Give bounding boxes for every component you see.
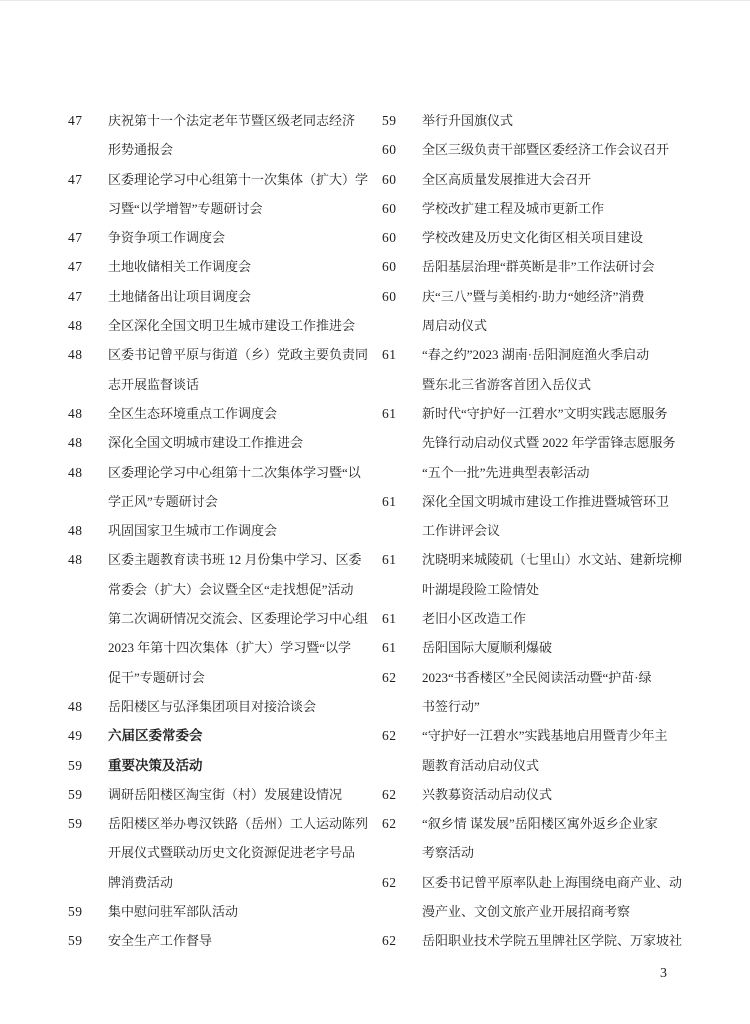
toc-line: 48深化全国文明城市建设工作推进会: [68, 428, 380, 457]
toc-page-number: 49: [68, 721, 108, 750]
toc-entry-title: 全区高质量发展推进大会召开: [422, 172, 591, 187]
toc-line: 60全区三级负责干部暨区委经济工作会议召开: [382, 135, 694, 164]
toc-line: 47区委理论学习中心组第十一次集体（扩大）学: [68, 165, 380, 194]
toc-entry-title: 区委理论学习中心组第十二次集体学习暨“以: [108, 465, 361, 480]
toc-line: 工作讲评会议: [382, 516, 694, 545]
toc-line: 60学校改建及历史文化街区相关项目建设: [382, 223, 694, 252]
toc-page-number: 48: [68, 311, 108, 340]
toc-entry-title: 先锋行动启动仪式暨 2022 年学雷锋志愿服务: [422, 435, 676, 450]
toc-line: 59岳阳楼区举办粤汉铁路（岳州）工人运动陈列: [68, 809, 380, 838]
toc-line: 48区委书记曾平原与街道（乡）党政主要负责同: [68, 340, 380, 369]
toc-entry-title: 六届区委常委会: [108, 728, 203, 743]
toc-entry-title: 沈晓明来城陵矶（七里山）水文站、建新垸柳: [422, 552, 682, 567]
toc-entry-title: 学校改扩建工程及城市更新工作: [422, 201, 604, 216]
toc-page-number: 48: [68, 428, 108, 457]
toc-entry-title: 深化全国文明城市建设工作推进会: [108, 435, 303, 450]
toc-page-number: 48: [68, 516, 108, 545]
toc-page-number: 48: [68, 399, 108, 428]
toc-line: 周启动仪式: [382, 311, 694, 340]
toc-line: 促干”专题研讨会: [68, 663, 380, 692]
toc-line: 622023“书香楼区”全民阅读活动暨“护苗·绿: [382, 663, 694, 692]
toc-entry-title: 叶湖堤段险工险情处: [422, 582, 539, 597]
toc-line: “五个一批”先进典型表彰活动: [382, 458, 694, 487]
toc-entry-title: 志开展监督谈话: [108, 377, 199, 392]
toc-entry-title: 岳阳国际大厦顺利爆破: [422, 640, 552, 655]
toc-line: 61岳阳国际大厦顺利爆破: [382, 633, 694, 662]
footer-page-number: 3: [660, 962, 667, 986]
toc-entry-title: 题教育活动启动仪式: [422, 758, 539, 773]
toc-entry-title: 调研岳阳楼区淘宝街（村）发展建设情况: [108, 787, 342, 802]
toc-line: 2023 年第十四次集体（扩大）学习暨“以学: [68, 633, 380, 662]
toc-entry-title: 岳阳楼区与弘泽集团项目对接洽谈会: [108, 699, 316, 714]
toc-line: 60学校改扩建工程及城市更新工作: [382, 194, 694, 223]
toc-line: 48巩固国家卫生城市工作调度会: [68, 516, 380, 545]
toc-entry-title: 安全生产工作督导: [108, 933, 212, 948]
toc-page-number: 48: [68, 340, 108, 369]
toc-page-number: 60: [382, 252, 422, 281]
toc-page-number: 47: [68, 252, 108, 281]
toc-page-number: 48: [68, 692, 108, 721]
toc-entry-title: “守护好一江碧水”实践基地启用暨青少年主: [422, 728, 668, 743]
toc-page-number: 60: [382, 135, 422, 164]
toc-entry-title: 集中慰问驻军部队活动: [108, 904, 238, 919]
toc-line: 48岳阳楼区与弘泽集团项目对接洽谈会: [68, 692, 380, 721]
toc-line: 62“守护好一江碧水”实践基地启用暨青少年主: [382, 721, 694, 750]
toc-line: 第二次调研情况交流会、区委理论学习中心组: [68, 604, 380, 633]
toc-line: 叶湖堤段险工险情处: [382, 575, 694, 604]
toc-page-number: 62: [382, 663, 422, 692]
toc-column-right: 59举行升国旗仪式60全区三级负责干部暨区委经济工作会议召开60全区高质量发展推…: [382, 106, 694, 956]
toc-line: 48全区深化全国文明卫生城市建设工作推进会: [68, 311, 380, 340]
toc-page-number: 61: [382, 545, 422, 574]
toc-page-number: 60: [382, 165, 422, 194]
toc-page-number: 62: [382, 809, 422, 838]
toc-entry-title: 巩固国家卫生城市工作调度会: [108, 523, 277, 538]
toc-entry-title: 土地收储相关工作调度会: [108, 259, 251, 274]
toc-line: 62“叙乡情 谋发展”岳阳楼区寓外返乡企业家: [382, 809, 694, 838]
toc-line: 48全区生态环境重点工作调度会: [68, 399, 380, 428]
toc-line: 62岳阳职业技术学院五里牌社区学院、万家坡社: [382, 926, 694, 955]
toc-page-number: 60: [382, 282, 422, 311]
toc-entry-title: 第二次调研情况交流会、区委理论学习中心组: [108, 611, 368, 626]
toc-line: 61“春之约”2023 湖南·岳阳洞庭渔火季启动: [382, 340, 694, 369]
toc-page-number: 62: [382, 926, 422, 955]
toc-page-number: 59: [68, 926, 108, 955]
toc-page-number: 61: [382, 633, 422, 662]
toc-page-number: 61: [382, 604, 422, 633]
toc-entry-title: 开展仪式暨联动历史文化资源促进老字号品: [108, 845, 355, 860]
toc-line: 考察活动: [382, 838, 694, 867]
toc-entry-title: 学校改建及历史文化街区相关项目建设: [422, 230, 643, 245]
toc-entry-title: 岳阳基层治理“群英断是非”工作法研讨会: [422, 259, 655, 274]
toc-line: 书签行动”: [382, 692, 694, 721]
toc-entry-title: 区委书记曾平原率队赴上海围绕电商产业、动: [422, 875, 682, 890]
toc-entry-title: “春之约”2023 湖南·岳阳洞庭渔火季启动: [422, 347, 649, 362]
toc-line: 48区委理论学习中心组第十二次集体学习暨“以: [68, 458, 380, 487]
toc-page-number: 62: [382, 721, 422, 750]
toc-page-number: 61: [382, 399, 422, 428]
toc-line: 形势通报会: [68, 135, 380, 164]
toc-line: 62兴教募资活动启动仪式: [382, 780, 694, 809]
toc-line: 暨东北三省游客首团入岳仪式: [382, 370, 694, 399]
toc-line: 牌消费活动: [68, 868, 380, 897]
toc-line: 47土地储备出让项目调度会: [68, 282, 380, 311]
toc-entry-title: 新时代“守护好一江碧水”文明实践志愿服务: [422, 406, 668, 421]
toc-line: 先锋行动启动仪式暨 2022 年学雷锋志愿服务: [382, 428, 694, 457]
toc-line: 61沈晓明来城陵矶（七里山）水文站、建新垸柳: [382, 545, 694, 574]
toc-line: 49六届区委常委会: [68, 721, 380, 750]
toc-page-number: 59: [68, 897, 108, 926]
toc-entry-title: 漫产业、文创文旅产业开展招商考察: [422, 904, 630, 919]
toc-line: 61新时代“守护好一江碧水”文明实践志愿服务: [382, 399, 694, 428]
toc-entry-title: 深化全国文明城市建设工作推进暨城管环卫: [422, 494, 669, 509]
document-page: 47庆祝第十一个法定老年节暨区级老同志经济形势通报会47区委理论学习中心组第十一…: [0, 0, 750, 1024]
toc-line: 62区委书记曾平原率队赴上海围绕电商产业、动: [382, 868, 694, 897]
toc-line: 学正风”专题研讨会: [68, 487, 380, 516]
toc-line: 59安全生产工作督导: [68, 926, 380, 955]
toc-page-number: 48: [68, 545, 108, 574]
toc-line: 47争资争项工作调度会: [68, 223, 380, 252]
toc-page-number: 59: [68, 780, 108, 809]
toc-entry-title: 周启动仪式: [422, 318, 487, 333]
toc-entry-title: 2023“书香楼区”全民阅读活动暨“护苗·绿: [422, 670, 652, 685]
toc-line: 61深化全国文明城市建设工作推进暨城管环卫: [382, 487, 694, 516]
toc-entry-title: “叙乡情 谋发展”岳阳楼区寓外返乡企业家: [422, 816, 658, 831]
toc-line: 47庆祝第十一个法定老年节暨区级老同志经济: [68, 106, 380, 135]
toc-entry-title: 土地储备出让项目调度会: [108, 289, 251, 304]
toc-entry-title: 常委会（扩大）会议暨全区“走找想促”活动: [108, 582, 354, 597]
toc-entry-title: 全区深化全国文明卫生城市建设工作推进会: [108, 318, 355, 333]
toc-entry-title: 老旧小区改造工作: [422, 611, 526, 626]
toc-page-number: 61: [382, 340, 422, 369]
toc-entry-title: 学正风”专题研讨会: [108, 494, 218, 509]
toc-page-number: 47: [68, 106, 108, 135]
toc-page-number: 48: [68, 458, 108, 487]
toc-page-number: 60: [382, 194, 422, 223]
toc-page-number: 59: [382, 106, 422, 135]
toc-entry-title: 考察活动: [422, 845, 474, 860]
toc-entry-title: 工作讲评会议: [422, 523, 500, 538]
toc-line: 60全区高质量发展推进大会召开: [382, 165, 694, 194]
toc-page-number: 47: [68, 282, 108, 311]
toc-entry-title: 兴教募资活动启动仪式: [422, 787, 552, 802]
toc-column-left: 47庆祝第十一个法定老年节暨区级老同志经济形势通报会47区委理论学习中心组第十一…: [68, 106, 380, 956]
toc-entry-title: 争资争项工作调度会: [108, 230, 225, 245]
toc-entry-title: 岳阳楼区举办粤汉铁路（岳州）工人运动陈列: [108, 816, 368, 831]
toc-page-number: 59: [68, 809, 108, 838]
toc-page-number: 62: [382, 868, 422, 897]
toc-entry-title: 牌消费活动: [108, 875, 173, 890]
toc-entry-title: 促干”专题研讨会: [108, 670, 205, 685]
toc-entry-title: 全区生态环境重点工作调度会: [108, 406, 277, 421]
toc-line: 常委会（扩大）会议暨全区“走找想促”活动: [68, 575, 380, 604]
toc-entry-title: 2023 年第十四次集体（扩大）学习暨“以学: [108, 640, 351, 655]
toc-line: 60庆“三八”暨与美相约·助力“她经济”消费: [382, 282, 694, 311]
toc-page-number: 59: [68, 751, 108, 780]
toc-line: 志开展监督谈话: [68, 370, 380, 399]
toc-entry-title: 暨东北三省游客首团入岳仪式: [422, 377, 591, 392]
toc-line: 59重要决策及活动: [68, 751, 380, 780]
toc-line: 漫产业、文创文旅产业开展招商考察: [382, 897, 694, 926]
toc-entry-title: 岳阳职业技术学院五里牌社区学院、万家坡社: [422, 933, 682, 948]
toc-line: 59举行升国旗仪式: [382, 106, 694, 135]
toc-line: 48区委主题教育读书班 12 月份集中学习、区委: [68, 545, 380, 574]
toc-entry-title: 庆祝第十一个法定老年节暨区级老同志经济: [108, 113, 355, 128]
toc-page-number: 62: [382, 780, 422, 809]
toc-page-number: 61: [382, 487, 422, 516]
toc-entry-title: 全区三级负责干部暨区委经济工作会议召开: [422, 142, 669, 157]
toc-line: 47土地收储相关工作调度会: [68, 252, 380, 281]
toc-page-number: 47: [68, 223, 108, 252]
toc-entry-title: 庆“三八”暨与美相约·助力“她经济”消费: [422, 289, 644, 304]
toc-line: 61老旧小区改造工作: [382, 604, 694, 633]
toc-page-number: 60: [382, 223, 422, 252]
toc-entry-title: 书签行动”: [422, 699, 480, 714]
toc-line: 59集中慰问驻军部队活动: [68, 897, 380, 926]
toc-entry-title: 形势通报会: [108, 142, 173, 157]
toc-line: 60岳阳基层治理“群英断是非”工作法研讨会: [382, 252, 694, 281]
toc-entry-title: 区委理论学习中心组第十一次集体（扩大）学: [108, 172, 368, 187]
toc-line: 题教育活动启动仪式: [382, 751, 694, 780]
toc-entry-title: 重要决策及活动: [108, 758, 203, 773]
toc-entry-title: 区委主题教育读书班 12 月份集中学习、区委: [108, 552, 362, 567]
toc-line: 习暨“以学增智”专题研讨会: [68, 194, 380, 223]
toc-entry-title: “五个一批”先进典型表彰活动: [422, 465, 590, 480]
toc-entry-title: 举行升国旗仪式: [422, 113, 513, 128]
toc-entry-title: 习暨“以学增智”专题研讨会: [108, 201, 263, 216]
toc-page-number: 47: [68, 165, 108, 194]
toc-line: 开展仪式暨联动历史文化资源促进老字号品: [68, 838, 380, 867]
toc-line: 59调研岳阳楼区淘宝街（村）发展建设情况: [68, 780, 380, 809]
toc-entry-title: 区委书记曾平原与街道（乡）党政主要负责同: [108, 347, 368, 362]
